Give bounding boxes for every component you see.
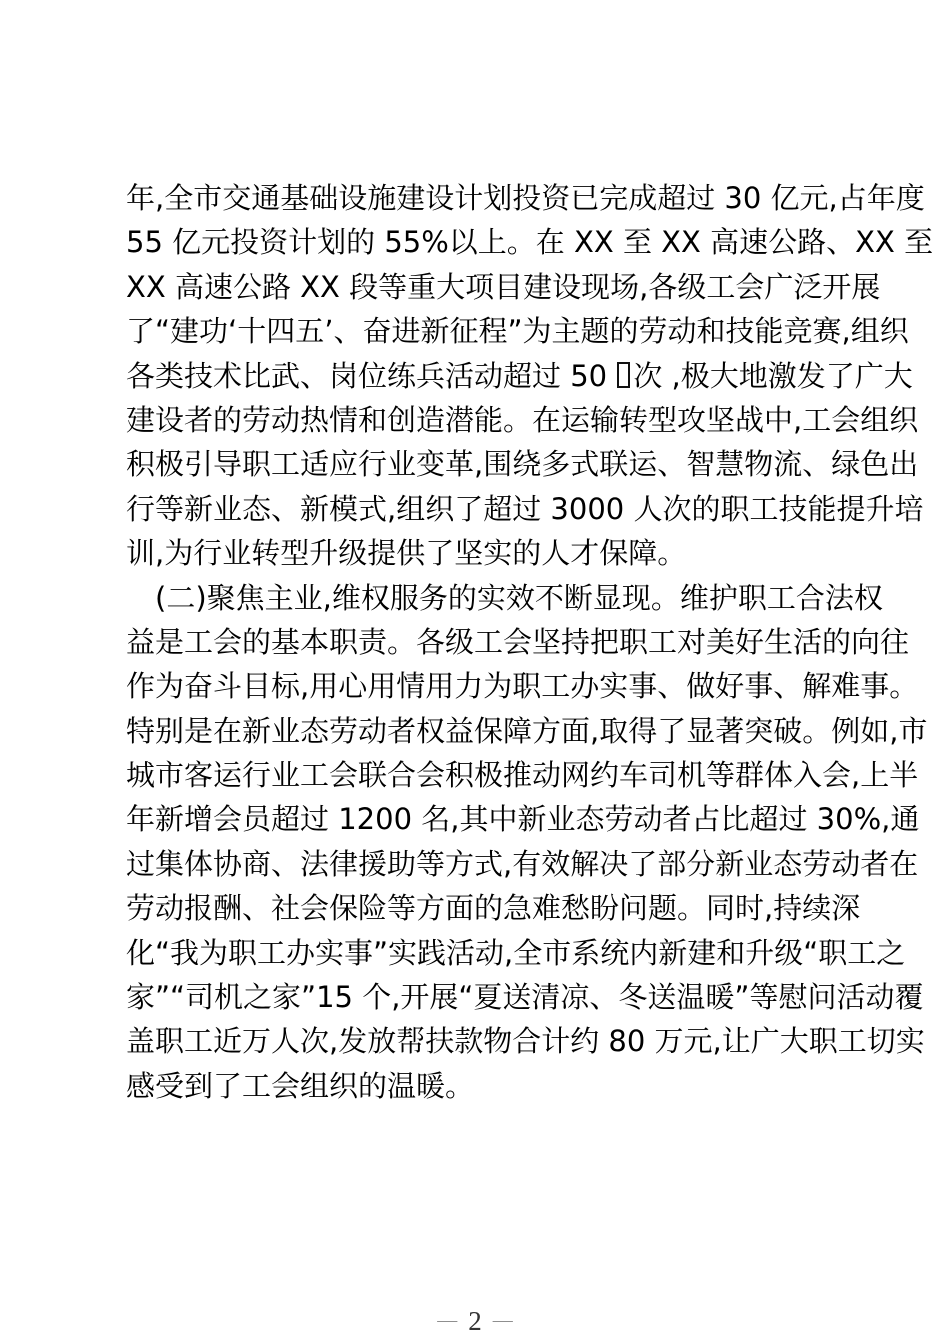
text-line: 积极引导职工适应行业变革,围绕多式联运、智慧物流、绿色出	[126, 442, 850, 486]
text-line: XX 高速公路 XX 段等重大项目建设现场,各级工会广泛开展	[126, 265, 850, 309]
text-segment: 各类技术比武、岗位练兵活动超过 50	[126, 359, 616, 393]
footer-right-dash: —	[493, 1309, 513, 1331]
text-line: 作为奋斗目标,用心用情用力为职工办实事、做好事、解难事。	[126, 664, 850, 708]
page-number: 2	[468, 1306, 482, 1336]
text-line: 各类技术比武、岗位练兵活动超过 50 次 ,极大地激发了广大	[126, 354, 850, 398]
page-footer: —2—	[0, 1306, 950, 1337]
text-line: 城市客运行业工会联合会积极推动网约车司机等群体入会,上半	[126, 753, 850, 797]
missing-glyph-box	[617, 362, 630, 388]
text-line: 训,为行业转型升级提供了坚实的人才保障。	[126, 531, 850, 575]
text-line: 55 亿元投资计划的 55%以上。在 XX 至 XX 高速公路、XX 至	[126, 220, 850, 264]
text-line: 益是工会的基本职责。各级工会坚持把职工对美好生活的向往	[126, 620, 850, 664]
text-line: 劳动报酬、社会保险等方面的急难愁盼问题。同时,持续深	[126, 886, 850, 930]
document-body: 年,全市交通基础设施建设计划投资已完成超过 30 亿元,占年度 55 亿元投资计…	[126, 176, 850, 1108]
text-line: 了“建功‘十四五’、奋进新征程”为主题的劳动和技能竞赛,组织	[126, 309, 850, 353]
text-line: 化“我为职工办实事”实践活动,全市系统内新建和升级“职工之	[126, 931, 850, 975]
document-page: 年,全市交通基础设施建设计划投资已完成超过 30 亿元,占年度 55 亿元投资计…	[0, 0, 950, 1344]
text-line: 家”“司机之家”15 个,开展“夏送清凉、冬送温暖”等慰问活动覆	[126, 975, 850, 1019]
text-line: 盖职工近万人次,发放帮扶款物合计约 80 万元,让广大职工切实	[126, 1019, 850, 1063]
text-segment: 次 ,极大地激发了广大	[633, 359, 912, 393]
footer-left-dash: —	[437, 1309, 457, 1331]
text-line: 年,全市交通基础设施建设计划投资已完成超过 30 亿元,占年度	[126, 176, 850, 220]
text-line: 行等新业态、新模式,组织了超过 3000 人次的职工技能提升培	[126, 487, 850, 531]
text-line: 过集体协商、法律援助等方式,有效解决了部分新业态劳动者在	[126, 842, 850, 886]
text-line: 感受到了工会组织的温暖。	[126, 1064, 850, 1108]
text-line: 建设者的劳动热情和创造潜能。在运输转型攻坚战中,工会组织	[126, 398, 850, 442]
text-line: 年新增会员超过 1200 名,其中新业态劳动者占比超过 30%,通	[126, 797, 850, 841]
text-line: 特别是在新业态劳动者权益保障方面,取得了显著突破。例如,市	[126, 709, 850, 753]
text-line-paragraph-start: (二)聚焦主业,维权服务的实效不断显现。维护职工合法权	[126, 576, 850, 620]
